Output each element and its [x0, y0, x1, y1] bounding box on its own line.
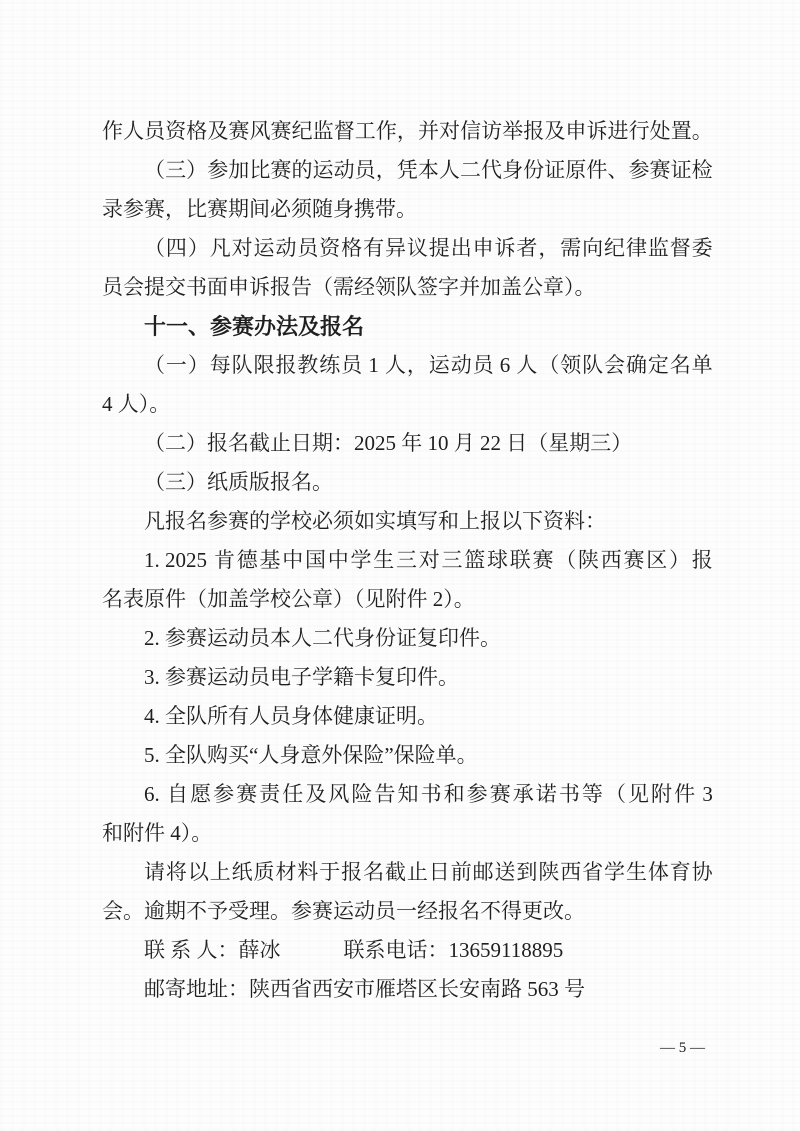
- text-line: 员会提交书面申诉报告（需经领队签字并加盖公章）。: [102, 268, 713, 307]
- text-line: 5. 全队购买“人身意外保险”保险单。: [102, 736, 713, 775]
- address-line: 邮寄地址：陕西省西安市雁塔区长安南路 563 号: [102, 970, 713, 1009]
- document-page: 作人员资格及赛风赛纪监督工作，并对信访举报及申诉进行处置。 （三）参加比赛的运动…: [0, 0, 800, 1131]
- contact-line: 联 系 人：薛冰 联系电话：13659118895: [102, 931, 713, 970]
- text-line: 名表原件（加盖学校公章）（见附件 2）。: [102, 580, 713, 619]
- page-number: — 5 —: [660, 1035, 705, 1061]
- text-line: （一）每队限报教练员 1 人，运动员 6 人（领队会确定名单: [102, 346, 713, 385]
- text-line: 请将以上纸质材料于报名截止日前邮送到陕西省学生体育协: [102, 853, 713, 892]
- text-line: （三）纸质版报名。: [102, 463, 713, 502]
- text-line: 作人员资格及赛风赛纪监督工作，并对信访举报及申诉进行处置。: [102, 112, 713, 151]
- text-line: 4 人）。: [102, 385, 713, 424]
- text-block: 作人员资格及赛风赛纪监督工作，并对信访举报及申诉进行处置。 （三）参加比赛的运动…: [102, 112, 713, 1009]
- text-line: 3. 参赛运动员电子学籍卡复印件。: [102, 658, 713, 697]
- text-line: 会。逾期不予受理。参赛运动员一经报名不得更改。: [102, 892, 713, 931]
- text-line: 2. 参赛运动员本人二代身份证复印件。: [102, 619, 713, 658]
- text-line: （三）参加比赛的运动员，凭本人二代身份证原件、参赛证检: [102, 151, 713, 190]
- text-line: 和附件 4）。: [102, 814, 713, 853]
- text-line: 凡报名参赛的学校必须如实填写和上报以下资料：: [102, 502, 713, 541]
- text-line: 6. 自愿参赛责任及风险告知书和参赛承诺书等（见附件 3: [102, 775, 713, 814]
- text-line: （四）凡对运动员资格有异议提出申诉者，需向纪律监督委: [102, 229, 713, 268]
- text-line: 4. 全队所有人员身体健康证明。: [102, 697, 713, 736]
- text-line: （二）报名截止日期：2025 年 10 月 22 日（星期三）: [102, 424, 713, 463]
- section-heading: 十一、参赛办法及报名: [102, 307, 713, 346]
- text-line: 录参赛，比赛期间必须随身携带。: [102, 190, 713, 229]
- text-line: 1. 2025 肯德基中国中学生三对三篮球联赛（陕西赛区）报: [102, 541, 713, 580]
